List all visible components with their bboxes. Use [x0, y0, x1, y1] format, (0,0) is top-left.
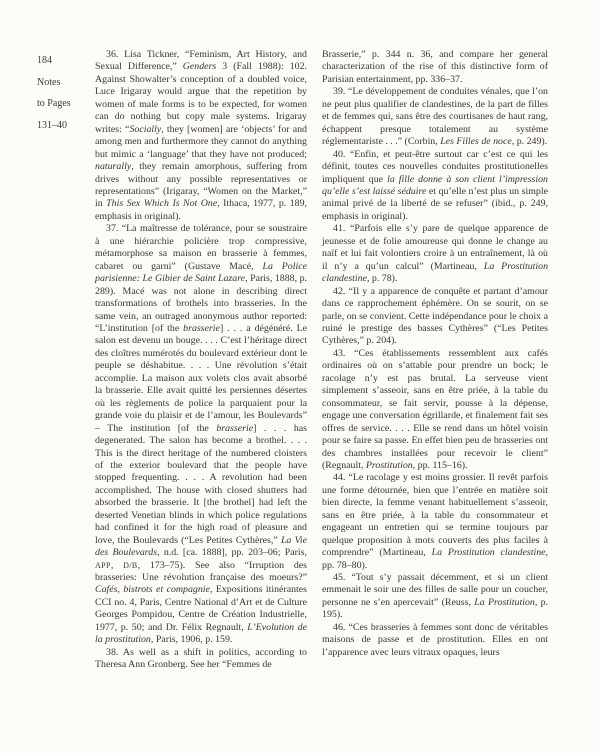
note-paragraph: 43. “Ces établissements ressemblent aux … — [322, 348, 548, 473]
page-number: 184 — [37, 50, 93, 72]
italic-text-run: Prostitution — [366, 460, 413, 471]
text-run: ] . . . has degenerated. The salon has b… — [95, 423, 307, 546]
note-paragraph: 39. “Le développement de conduites vénal… — [322, 86, 548, 148]
book-page: 184 Notes to Pages 131–40 36. Lisa Tickn… — [0, 0, 600, 753]
italic-text-run: Cafés, bistrots et compagnie — [95, 584, 210, 595]
italic-text-run: brasserie — [183, 323, 220, 334]
text-run: , p. 249). — [512, 136, 547, 147]
text-run: 46. “Ces brasseries à femmes sont donc d… — [322, 622, 548, 658]
running-head-line: Notes — [37, 72, 93, 94]
smallcaps-text-run: D/B — [123, 561, 138, 570]
note-paragraph: 45. “Tout s’y passait décemment, et si u… — [322, 572, 548, 622]
note-paragraph: 46. “Ces brasseries à femmes sont donc d… — [322, 622, 548, 659]
note-paragraph: Brasserie,” p. 344 n. 36, and compare he… — [322, 49, 548, 86]
note-paragraph: 40. “Enfin, et peut-être surtout car c’e… — [322, 149, 548, 224]
italic-text-run: La Prostitution — [474, 597, 535, 608]
note-paragraph: 42. “Il y a apparence de conquête et par… — [322, 286, 548, 348]
italic-text-run: Les Filles de noce — [440, 136, 512, 147]
running-head: 184 Notes to Pages 131–40 — [37, 50, 93, 136]
note-paragraph: 37. “La maîtresse de tolérance, pour se … — [95, 223, 307, 646]
italic-text-run: This Sex Which Is Not One — [106, 198, 217, 209]
text-run: 44. “Le racolage y est moins grossier. I… — [322, 472, 548, 558]
text-run: 43. “Ces établissements ressemblent aux … — [322, 348, 548, 471]
notes-column-left: 36. Lisa Tickner, “Feminism, Art History… — [95, 49, 307, 672]
text-run: , p. 78). — [367, 273, 397, 284]
text-run: Brasserie,” p. 344 n. 36, and compare he… — [322, 49, 548, 85]
text-run: , — [111, 560, 123, 571]
running-head-line: 131–40 — [37, 115, 93, 137]
italic-text-run: Genders — [183, 61, 216, 72]
note-paragraph: 38. As well as a shift in politics, acco… — [95, 647, 307, 672]
text-run: 42. “Il y a apparence de conquête et par… — [322, 286, 548, 347]
italic-text-run: naturally — [95, 161, 131, 172]
text-run: , pp. 115–16). — [413, 460, 468, 471]
italic-text-run: Socially — [129, 124, 161, 135]
note-paragraph: 44. “Le racolage y est moins grossier. I… — [322, 472, 548, 572]
note-paragraph: 36. Lisa Tickner, “Feminism, Art History… — [95, 49, 307, 223]
text-run: ] . . . a dégénéré. Le salon est devenu … — [95, 323, 307, 434]
italic-text-run: La Prostitution clandestine — [432, 547, 546, 558]
text-run: , n.d. [ca. 1888], pp. 203–06; Paris, — [157, 547, 307, 558]
italic-text-run: brasserie — [216, 423, 253, 434]
notes-column-right: Brasserie,” p. 344 n. 36, and compare he… — [322, 49, 548, 659]
note-paragraph: 41. “Parfois elle s’y pare de quelque ap… — [322, 223, 548, 285]
running-head-line: to Pages — [37, 93, 93, 115]
smallcaps-text-run: APP — [95, 561, 111, 570]
text-run: , Paris, 1906, p. 159. — [151, 634, 232, 645]
text-run: 38. As well as a shift in politics, acco… — [95, 647, 307, 670]
